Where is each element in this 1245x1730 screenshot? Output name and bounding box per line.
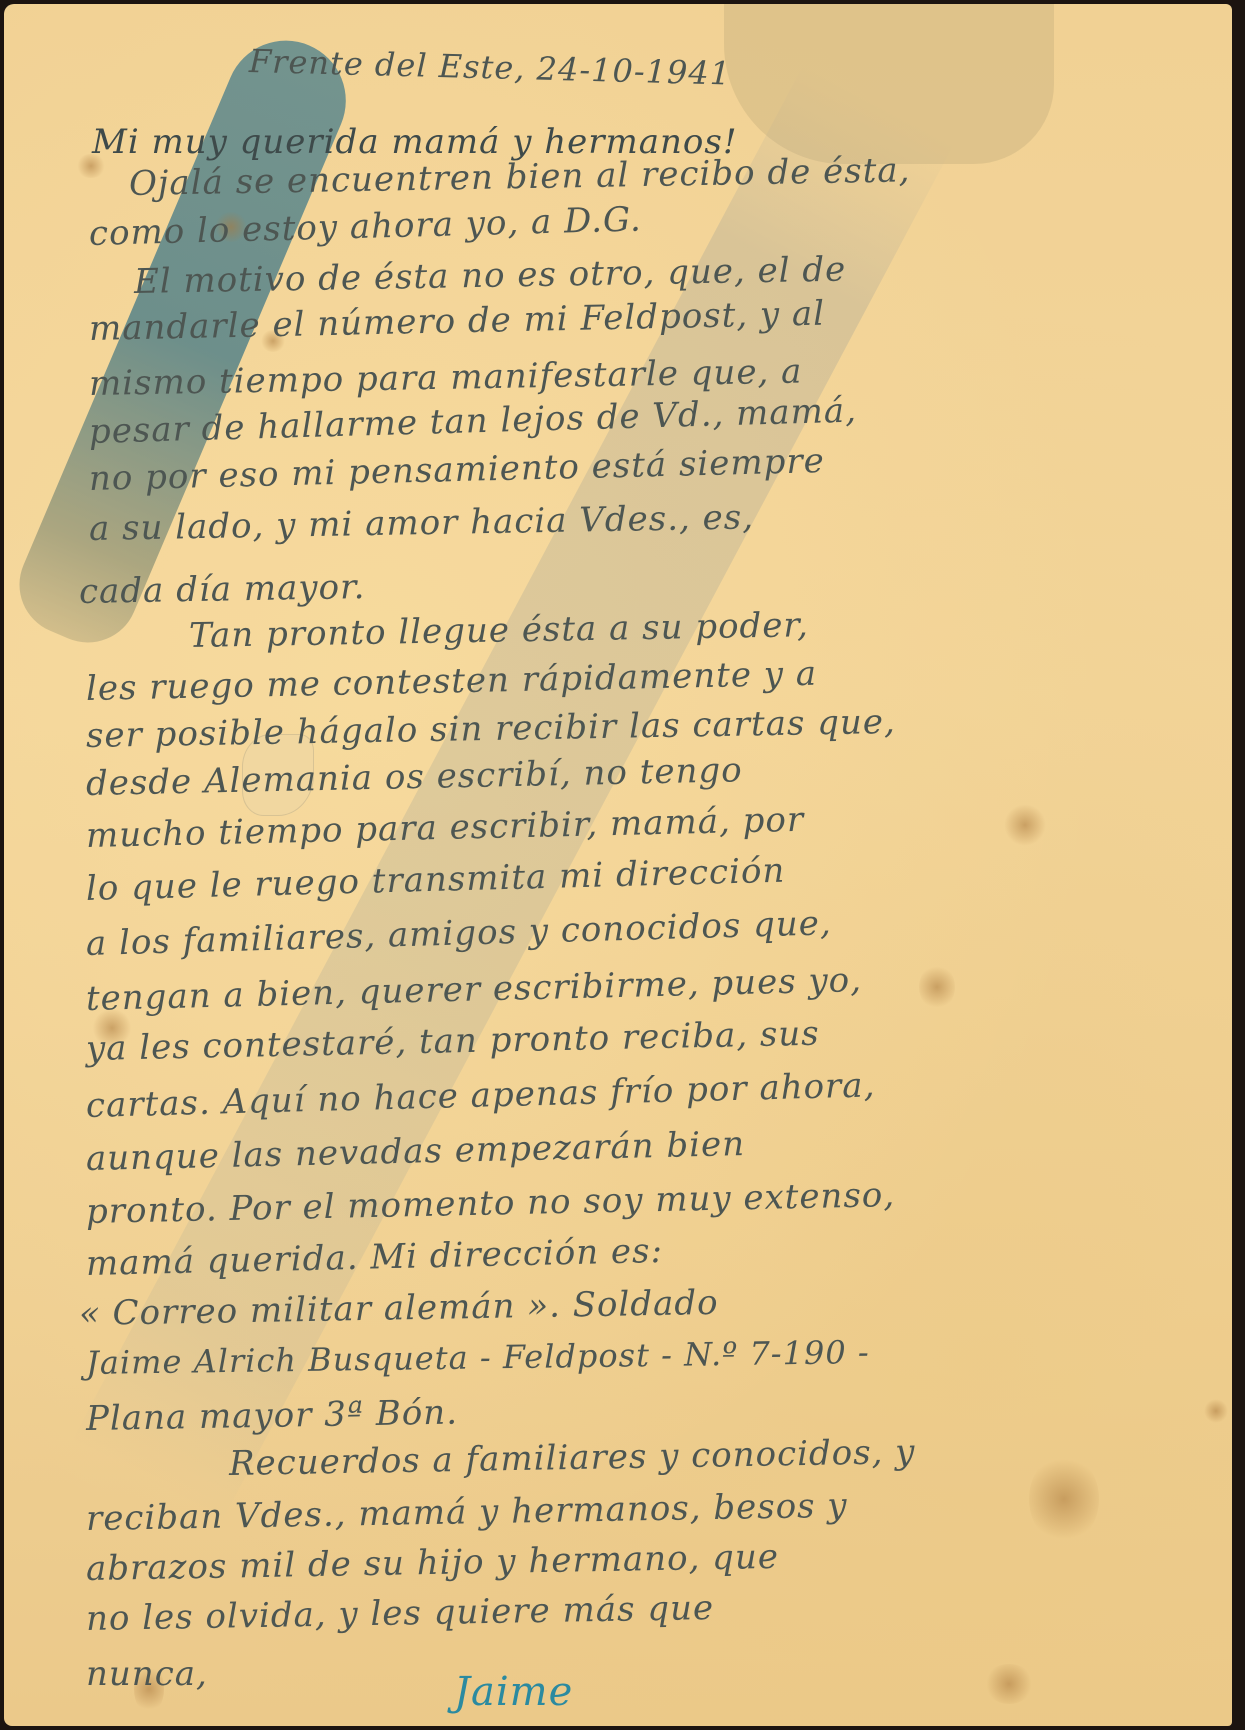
letter-line: cada día mayor. (79, 567, 366, 612)
letter-line: pronto. Por el momento no soy muy extens… (86, 1175, 896, 1232)
letter-line: no por eso mi pensamiento está siempre (89, 441, 826, 499)
letter-signature: Jaime (454, 1669, 573, 1715)
letter-line: a su lado, y mi amor hacia Vdes., es, (89, 497, 755, 549)
address-line: Jaime Alrich Busqueta - Feldpost - N.º 7… (86, 1333, 870, 1382)
letter-line: ya les contestaré, tan pronto reciba, su… (86, 1014, 820, 1069)
letter-header-place-date: Frente del Este, 24-10-1941 (249, 42, 732, 93)
letter-line: cartas. Aquí no hace apenas frío por aho… (85, 1065, 875, 1126)
letter-body: Frente del Este, 24-10-1941 Mi muy queri… (4, 4, 1232, 1726)
letter-closing-start: Recuerdos a familiares y conocidos, y (229, 1432, 916, 1484)
letter-line: como lo estoy ahora yo, a D.G. (88, 200, 642, 254)
letter-line: ser posible hágalo sin recibir las carta… (86, 702, 896, 756)
letter-line: El motivo de ésta no es otro, que, el de (134, 250, 847, 302)
letter-line: les ruego me contesten rápidamente y a (86, 654, 818, 709)
letter-line: lo que le ruego transmita mi dirección (85, 851, 785, 909)
letter-line: nunca, (86, 1654, 208, 1694)
letter-line: tengan a bien, querer escribirme, pues y… (86, 960, 863, 1019)
letter-card: Frente del Este, 24-10-1941 Mi muy queri… (4, 4, 1232, 1726)
letter-line: no les olvida, y les quiere más que (86, 1588, 715, 1639)
letter-line: abrazos mil de su hijo y hermano, que (86, 1537, 780, 1589)
letter-line: mucho tiempo para escribir, mamá, por (86, 800, 805, 856)
letter-line: mamá querida. Mi dirección es: (86, 1231, 664, 1284)
letter-paragraph-start: Tan pronto llegue ésta a su poder, (189, 605, 809, 656)
letter-line: aunque las nevadas empezarán bien (86, 1124, 746, 1179)
letter-line: a los familiares, amigos y conocidos que… (85, 903, 832, 964)
letter-line: mandarle el número de mi Feldpost, y al (89, 294, 826, 349)
address-line: « Correo militar alemán ». Soldado (79, 1283, 719, 1334)
letter-line: reciban Vdes., mamá y hermanos, besos y (86, 1486, 848, 1539)
letter-line: desde Alemania os escribí, no tengo (86, 750, 743, 804)
address-line: Plana mayor 3ª Bón. (86, 1393, 459, 1439)
